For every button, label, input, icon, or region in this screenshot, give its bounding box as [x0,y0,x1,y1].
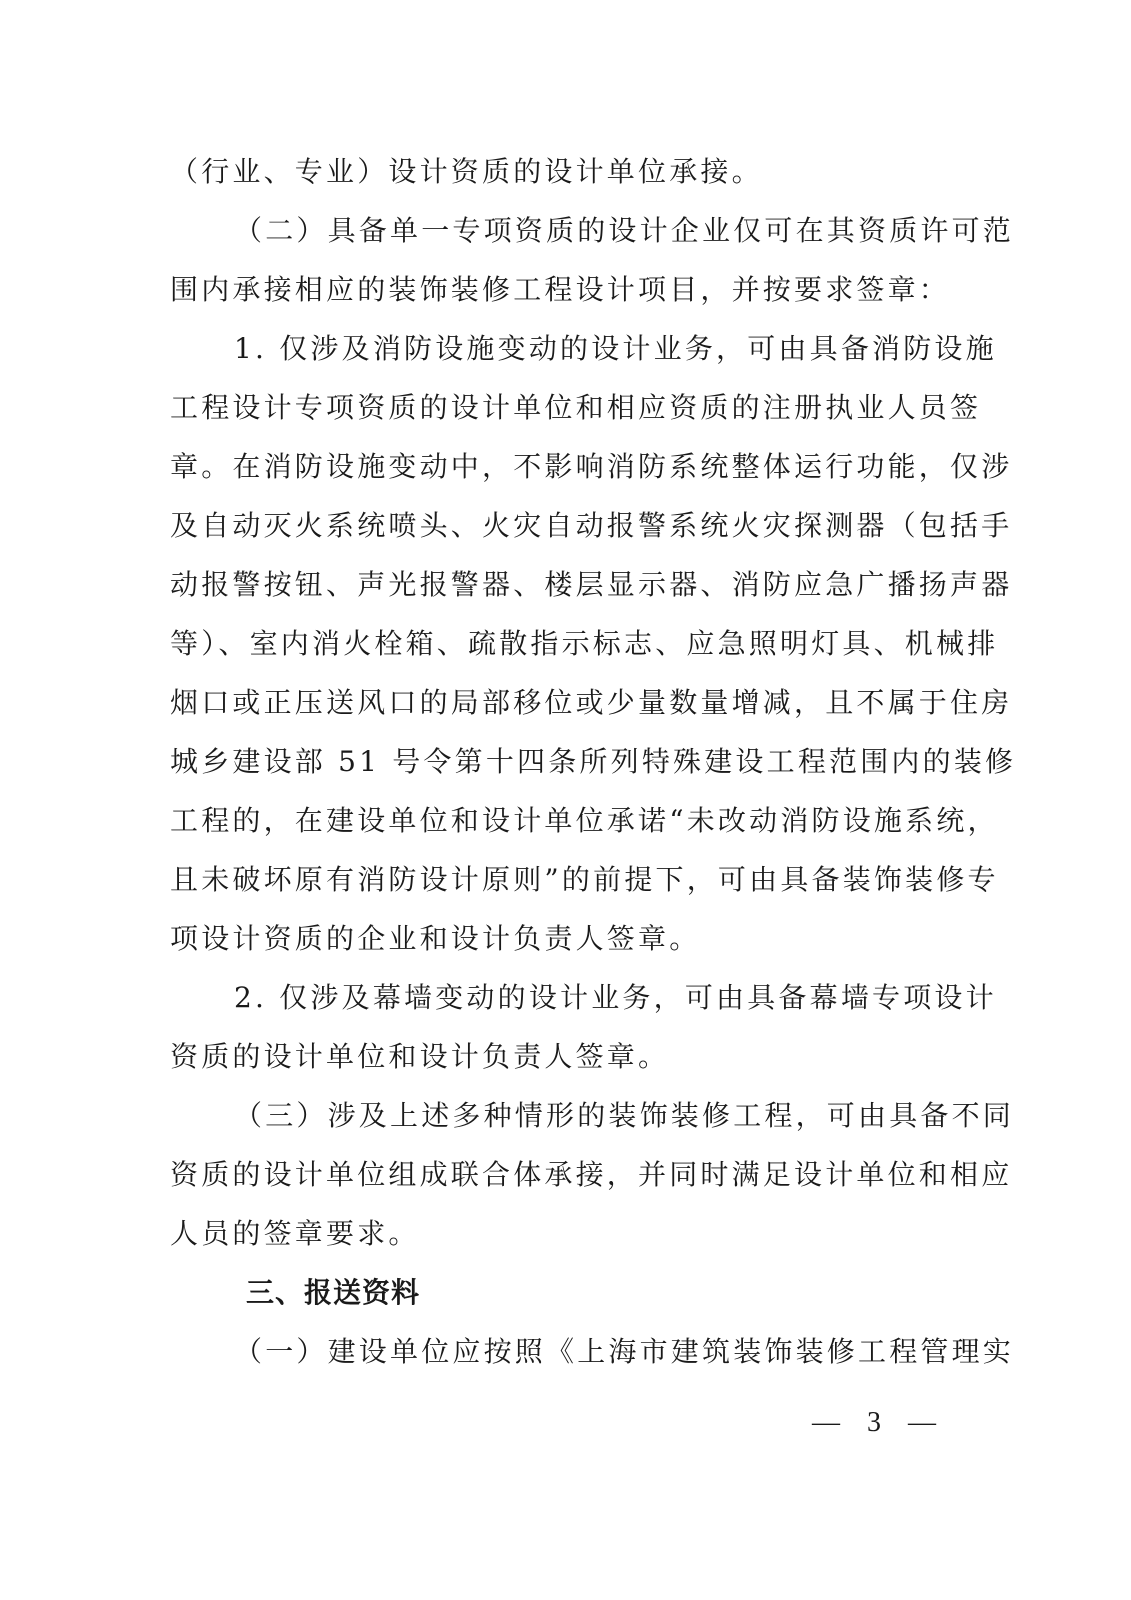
text-line: 烟口或正压送风口的局部移位或少量数量增减，且不属于住房 [170,683,940,723]
text-line: 工程设计专项资质的设计单位和相应资质的注册执业人员签 [170,388,940,428]
text-line: 2. 仅涉及幕墙变动的设计业务，可由具备幕墙专项设计 [234,978,940,1018]
text-line: 围内承接相应的装饰装修工程设计项目，并按要求签章： [170,270,940,310]
text-line: 工程的，在建设单位和设计单位承诺“未改动消防设施系统， [170,801,940,841]
text-line: 动报警按钮、声光报警器、楼层显示器、消防应急广播扬声器 [170,565,940,605]
page-number: — 3 — [812,1407,946,1439]
text-line: （一）建设单位应按照《上海市建筑装饰装修工程管理实 [234,1332,940,1372]
text-line: 项设计资质的企业和设计负责人签章。 [170,919,940,959]
text-line: 人员的签章要求。 [170,1214,940,1254]
text-line: （二）具备单一专项资质的设计企业仅可在其资质许可范 [234,211,940,251]
text-line: 章。在消防设施变动中，不影响消防系统整体运行功能，仅涉 [170,447,940,487]
text-line: （三）涉及上述多种情形的装饰装修工程，可由具备不同 [234,1096,940,1136]
text-line: 且未破坏原有消防设计原则”的前提下，可由具备装饰装修专 [170,860,940,900]
text-line: 资质的设计单位组成联合体承接，并同时满足设计单位和相应 [170,1155,940,1195]
text-line: 及自动灭火系统喷头、火灾自动报警系统火灾探测器（包括手 [170,506,940,546]
text-line: 等）、室内消火栓箱、疏散指示标志、应急照明灯具、机械排 [170,624,940,664]
text-line: （行业、专业）设计资质的设计单位承接。 [170,152,940,192]
text-line: 资质的设计单位和设计负责人签章。 [170,1037,940,1077]
section-heading: 三、报送资料 [246,1273,1016,1313]
text-line: 城乡建设部 51 号令第十四条所列特殊建设工程范围内的装修 [170,742,940,782]
text-line: 1. 仅涉及消防设施变动的设计业务，可由具备消防设施 [234,329,940,369]
document-page: （行业、专业）设计资质的设计单位承接。 （二）具备单一专项资质的设计企业仅可在其… [0,0,1131,1600]
